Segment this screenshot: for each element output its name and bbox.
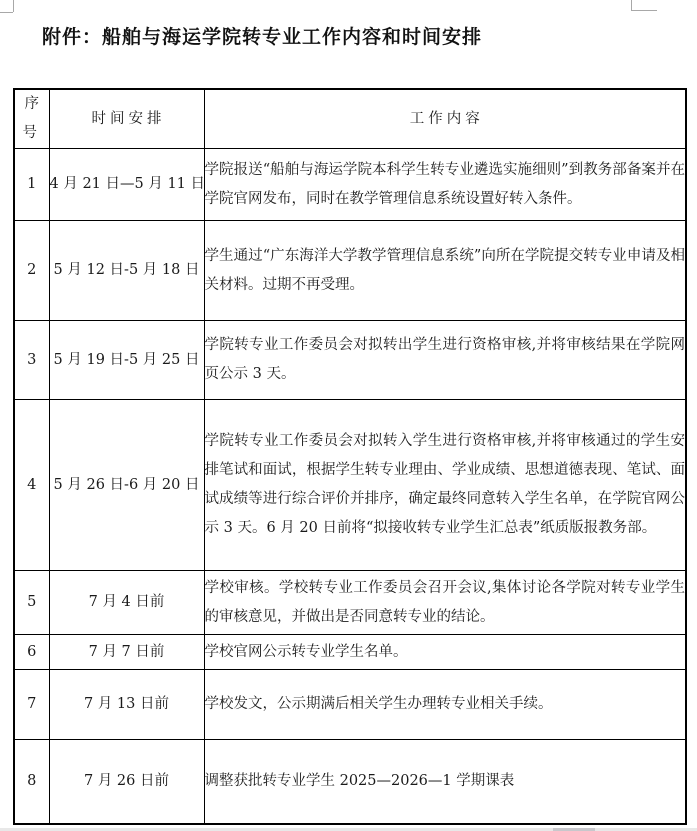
cell-index: 7: [14, 670, 49, 740]
margin-mark-top-right-vertical: [631, 0, 632, 10]
table-row: 1 4 月 21 日—5 月 11 日 学院报送“船舶与海运学院本科学生转专业遴…: [14, 149, 686, 221]
cell-index: 4: [14, 400, 49, 571]
table-row: 4 5 月 26 日-6 月 20 日 学院转专业工作委员会对拟转入学生进行资格…: [14, 400, 686, 571]
table-row: 6 7 月 7 日前 学校官网公示转专业学生名单。: [14, 635, 686, 670]
cell-time: 7 月 7 日前: [49, 635, 204, 670]
cell-time: 5 月 19 日-5 月 25 日: [49, 321, 204, 400]
cell-content: 学校发文，公示期满后相关学生办理转专业相关手续。: [204, 670, 686, 740]
margin-mark-top-left-vertical: [13, 0, 14, 12]
table-row: 3 5 月 19 日-5 月 25 日 学院转专业工作委员会对拟转出学生进行资格…: [14, 321, 686, 400]
cell-time: 5 月 26 日-6 月 20 日: [49, 400, 204, 571]
schedule-table: 序号 时间安排 工作内容 1 4 月 21 日—5 月 11 日 学院报送“船舶…: [13, 88, 687, 825]
margin-mark-top-left-horizontal: [0, 12, 13, 13]
cell-index: 6: [14, 635, 49, 670]
cell-time: 5 月 12 日-5 月 18 日: [49, 221, 204, 321]
header-time: 时间安排: [49, 89, 204, 149]
table-row: 5 7 月 4 日前 学校审核。学校转专业工作委员会召开会议,集体讨论各学院对转…: [14, 571, 686, 635]
cell-time: 7 月 13 日前: [49, 670, 204, 740]
cell-time: 7 月 4 日前: [49, 571, 204, 635]
cell-index: 2: [14, 221, 49, 321]
header-index: 序号: [14, 89, 49, 149]
cell-content: 学生通过“广东海洋大学教学管理信息系统”向所在学院提交转专业申请及相关材料。过期…: [204, 221, 686, 321]
table-header-row: 序号 时间安排 工作内容: [14, 89, 686, 149]
cell-index: 5: [14, 571, 49, 635]
table-row: 2 5 月 12 日-5 月 18 日 学生通过“广东海洋大学教学管理信息系统”…: [14, 221, 686, 321]
cell-content: 学院转专业工作委员会对拟转入学生进行资格审核,并将审核通过的学生安排笔试和面试，…: [204, 400, 686, 571]
cell-content: 学院转专业工作委员会对拟转出学生进行资格审核,并将审核结果在学院网页公示 3 天…: [204, 321, 686, 400]
table-row: 7 7 月 13 日前 学校发文，公示期满后相关学生办理转专业相关手续。: [14, 670, 686, 740]
table-row: 8 7 月 26 日前 调整获批转专业学生 2025—2026—1 学期课表: [14, 740, 686, 824]
cell-index: 3: [14, 321, 49, 400]
cell-content: 学校审核。学校转专业工作委员会召开会议,集体讨论各学院对转专业学生的审核意见，并…: [204, 571, 686, 635]
cell-index: 1: [14, 149, 49, 221]
margin-mark-top-right-horizontal: [631, 10, 657, 11]
document-page: 附件：船舶与海运学院转专业工作内容和时间安排 序号 时间安排 工作内容 1 4 …: [0, 0, 697, 831]
cell-content: 学校官网公示转专业学生名单。: [204, 635, 686, 670]
cell-content: 学院报送“船舶与海运学院本科学生转专业遴选实施细则”到教务部备案并在学院官网发布…: [204, 149, 686, 221]
page-title: 附件：船舶与海运学院转专业工作内容和时间安排: [42, 22, 482, 49]
cell-time: 7 月 26 日前: [49, 740, 204, 824]
cell-index: 8: [14, 740, 49, 824]
header-content: 工作内容: [204, 89, 686, 149]
cell-time: 4 月 21 日—5 月 11 日: [49, 149, 204, 221]
cell-content: 调整获批转专业学生 2025—2026—1 学期课表: [204, 740, 686, 824]
